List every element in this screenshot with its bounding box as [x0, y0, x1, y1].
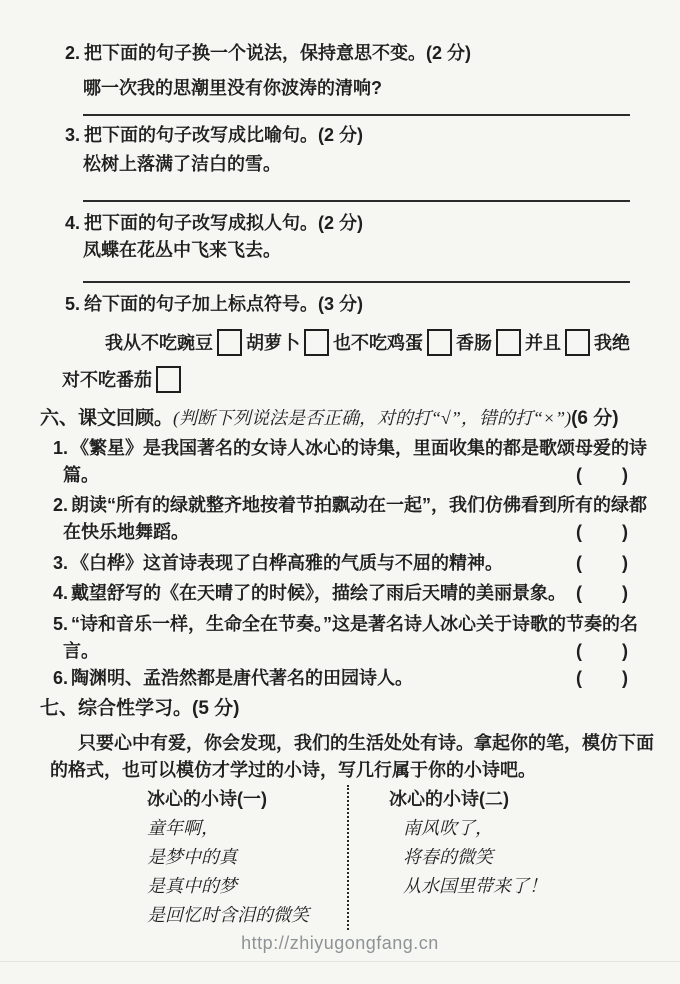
answer-line[interactable] [83, 264, 630, 283]
poem-left-line: 童年啊， [147, 814, 347, 843]
sentence-fragment: 我从不吃豌豆 [105, 333, 213, 353]
judge-item-3-number: 3. [53, 550, 68, 577]
sentence-fragment: 也不吃鸡蛋 [333, 333, 423, 353]
answer-bracket[interactable]: ( ) [570, 580, 628, 607]
watermark-url: http://zhiyugongfang.cn [0, 930, 680, 957]
answer-line[interactable] [83, 102, 630, 116]
judge-item-3-line-1: 3.《白桦》这首诗表现了白桦高雅的气质与不屈的精神。 [53, 550, 630, 577]
section-seven-title: 七、综合性学习。(5 分) [40, 698, 240, 719]
question-4-text: 把下面的句子改写成拟人句。(2 分) [84, 213, 363, 233]
judge-item-5-text: “诗和音乐一样，生命全在节奏。”这是著名诗人冰心关于诗歌的节奏的名 [71, 614, 638, 634]
section-six-score: (6 分) [571, 408, 619, 429]
judge-item-2-text: 朗读“所有的绿就整齐地按着节拍飘动在一起”，我们仿佛看到所有的绿都 [71, 495, 647, 515]
punctuation-box[interactable] [427, 329, 452, 356]
punctuation-box[interactable] [496, 329, 521, 356]
judge-item-3: 3.《白桦》这首诗表现了白桦高雅的气质与不屈的精神。 ( ) [53, 550, 630, 577]
sentence-fragment: 对不吃番茄 [62, 370, 152, 390]
question-5: 5.给下面的句子加上标点符号。(3 分) 我从不吃豌豆胡萝卜也不吃鸡蛋香肠并且我… [65, 291, 630, 397]
question-2-number: 2. [65, 40, 80, 67]
question-4-title: 4.把下面的句子改写成拟人句。(2 分) [65, 210, 630, 237]
poem-right-line: 将春的微笑 [403, 843, 547, 872]
section-six-title: 六、课文回顾。 [40, 408, 173, 429]
question-3-text: 把下面的句子改写成比喻句。(2 分) [84, 125, 363, 145]
poem-column-right: 冰心的小诗(二) 南风吹了， 将春的微笑 从水国里带来了！ [349, 785, 547, 930]
question-4-sentence: 凤蝶在花丛中飞来飞去。 [83, 237, 630, 264]
section-seven-header: 七、综合性学习。(5 分) [40, 695, 630, 723]
intro-paragraph: 只要心中有爱，你会发现，我们的生活处处有诗。拿起你的笔，模仿下面 的格式，也可以… [50, 730, 630, 784]
judge-item-3-text: 《白桦》这首诗表现了白桦高雅的气质与不屈的精神。 [71, 553, 503, 573]
judge-item-2-line-1: 2.朗读“所有的绿就整齐地按着节拍飘动在一起”，我们仿佛看到所有的绿都 [53, 492, 630, 519]
judge-item-5-line-1: 5.“诗和音乐一样，生命全在节奏。”这是著名诗人冰心关于诗歌的节奏的名 [53, 611, 630, 638]
question-2: 2.把下面的句子换一个说法，保持意思不变。(2 分) 哪一次我的思潮里没有你波涛… [65, 40, 630, 116]
judge-item-1-line-2: 篇。 [63, 462, 630, 489]
sentence-fragment: 我绝 [594, 333, 630, 353]
question-4: 4.把下面的句子改写成拟人句。(2 分) 凤蝶在花丛中飞来飞去。 [65, 210, 630, 283]
judge-item-1-line-1: 1.《繁星》是我国著名的女诗人冰心的诗集，里面收集的都是歌颂母爱的诗 [53, 435, 630, 462]
intro-paragraph-line-1: 只要心中有爱，你会发现，我们的生活处处有诗。拿起你的笔，模仿下面 [50, 730, 630, 757]
poem-left-line: 是真中的梦 [147, 872, 347, 901]
punctuation-sentence-line-1: 我从不吃豌豆胡萝卜也不吃鸡蛋香肠并且我绝 [105, 326, 630, 360]
judge-item-4: 4.戴望舒写的《在天晴了的时候》，描绘了雨后天晴的美丽景象。 ( ) [53, 580, 630, 607]
question-2-sentence: 哪一次我的思潮里没有你波涛的清响? [83, 75, 630, 102]
punctuation-sentence-line-2: 对不吃番茄 [62, 363, 630, 397]
section-six-instruction: (判断下列说法是否正确，对的打“√”，错的打“×”) [173, 408, 571, 428]
question-5-number: 5. [65, 291, 80, 318]
judge-item-4-number: 4. [53, 580, 68, 607]
judge-item-6: 6.陶渊明、孟浩然都是唐代著名的田园诗人。 ( ) [53, 665, 630, 692]
judge-item-6-line-1: 6.陶渊明、孟浩然都是唐代著名的田园诗人。 [53, 665, 630, 692]
question-2-text: 把下面的句子换一个说法，保持意思不变。(2 分) [84, 43, 471, 63]
question-4-number: 4. [65, 210, 80, 237]
question-2-title: 2.把下面的句子换一个说法，保持意思不变。(2 分) [65, 40, 630, 67]
answer-bracket[interactable]: ( ) [570, 519, 628, 546]
intro-paragraph-line-2: 的格式，也可以模仿才学过的小诗，写几行属于你的小诗吧。 [50, 757, 630, 784]
judge-item-5-line-2: 言。 [63, 638, 630, 665]
judge-item-2-number: 2. [53, 492, 68, 519]
poem-right-line: 从水国里带来了！ [403, 872, 547, 901]
judge-item-4-text: 戴望舒写的《在天晴了的时候》，描绘了雨后天晴的美丽景象。 [71, 583, 566, 603]
judge-item-5-number: 5. [53, 611, 68, 638]
section-six-header: 六、课文回顾。(判断下列说法是否正确，对的打“√”，错的打“×”)(6 分) [40, 404, 630, 433]
answer-line[interactable] [83, 178, 630, 202]
judge-item-5: 5.“诗和音乐一样，生命全在节奏。”这是著名诗人冰心关于诗歌的节奏的名 言。 (… [53, 611, 630, 665]
judge-item-1-number: 1. [53, 435, 68, 462]
judgement-items: 1.《繁星》是我国著名的女诗人冰心的诗集，里面收集的都是歌颂母爱的诗 篇。 ( … [53, 435, 630, 692]
answer-bracket[interactable]: ( ) [570, 550, 628, 577]
punctuation-box[interactable] [565, 329, 590, 356]
sentence-fragment: 胡萝卜 [246, 333, 300, 353]
answer-bracket[interactable]: ( ) [570, 638, 628, 665]
poem-right-line: 南风吹了， [403, 814, 547, 843]
poem-examples: 冰心的小诗(一) 童年啊， 是梦中的真 是真中的梦 是回忆时含泪的微笑 冰心的小… [147, 785, 630, 930]
sentence-fragment: 香肠 [456, 333, 492, 353]
punctuation-box[interactable] [217, 329, 242, 356]
answer-bracket[interactable]: ( ) [570, 462, 628, 489]
exam-paper-page: 2.把下面的句子换一个说法，保持意思不变。(2 分) 哪一次我的思潮里没有你波涛… [0, 0, 680, 984]
answer-bracket[interactable]: ( ) [570, 665, 628, 692]
judge-item-2: 2.朗读“所有的绿就整齐地按着节拍飘动在一起”，我们仿佛看到所有的绿都 在快乐地… [53, 492, 630, 546]
judge-item-1-text: 《繁星》是我国著名的女诗人冰心的诗集，里面收集的都是歌颂母爱的诗 [71, 438, 647, 458]
question-5-text: 给下面的句子加上标点符号。(3 分) [84, 294, 363, 314]
judge-item-1: 1.《繁星》是我国著名的女诗人冰心的诗集，里面收集的都是歌颂母爱的诗 篇。 ( … [53, 435, 630, 489]
poem-column-left: 冰心的小诗(一) 童年啊， 是梦中的真 是真中的梦 是回忆时含泪的微笑 [147, 785, 347, 930]
punctuation-box[interactable] [304, 329, 329, 356]
poem-right-title: 冰心的小诗(二) [389, 785, 547, 814]
poem-left-line: 是梦中的真 [147, 843, 347, 872]
question-3-title: 3.把下面的句子改写成比喻句。(2 分) [65, 122, 630, 149]
question-3-sentence: 松树上落满了洁白的雪。 [83, 151, 630, 178]
sentence-fragment: 并且 [525, 333, 561, 353]
question-5-title: 5.给下面的句子加上标点符号。(3 分) [65, 291, 630, 318]
judge-item-2-line-2: 在快乐地舞蹈。 [63, 519, 630, 546]
page-edge-line [0, 961, 680, 962]
judge-item-4-line-1: 4.戴望舒写的《在天晴了的时候》，描绘了雨后天晴的美丽景象。 [53, 580, 630, 607]
punctuation-box[interactable] [156, 366, 181, 393]
poem-left-line: 是回忆时含泪的微笑 [147, 901, 347, 930]
question-3: 3.把下面的句子改写成比喻句。(2 分) 松树上落满了洁白的雪。 [65, 122, 630, 202]
poem-left-title: 冰心的小诗(一) [147, 785, 347, 814]
judge-item-6-text: 陶渊明、孟浩然都是唐代著名的田园诗人。 [71, 668, 413, 688]
judge-item-6-number: 6. [53, 665, 68, 692]
question-3-number: 3. [65, 122, 80, 149]
